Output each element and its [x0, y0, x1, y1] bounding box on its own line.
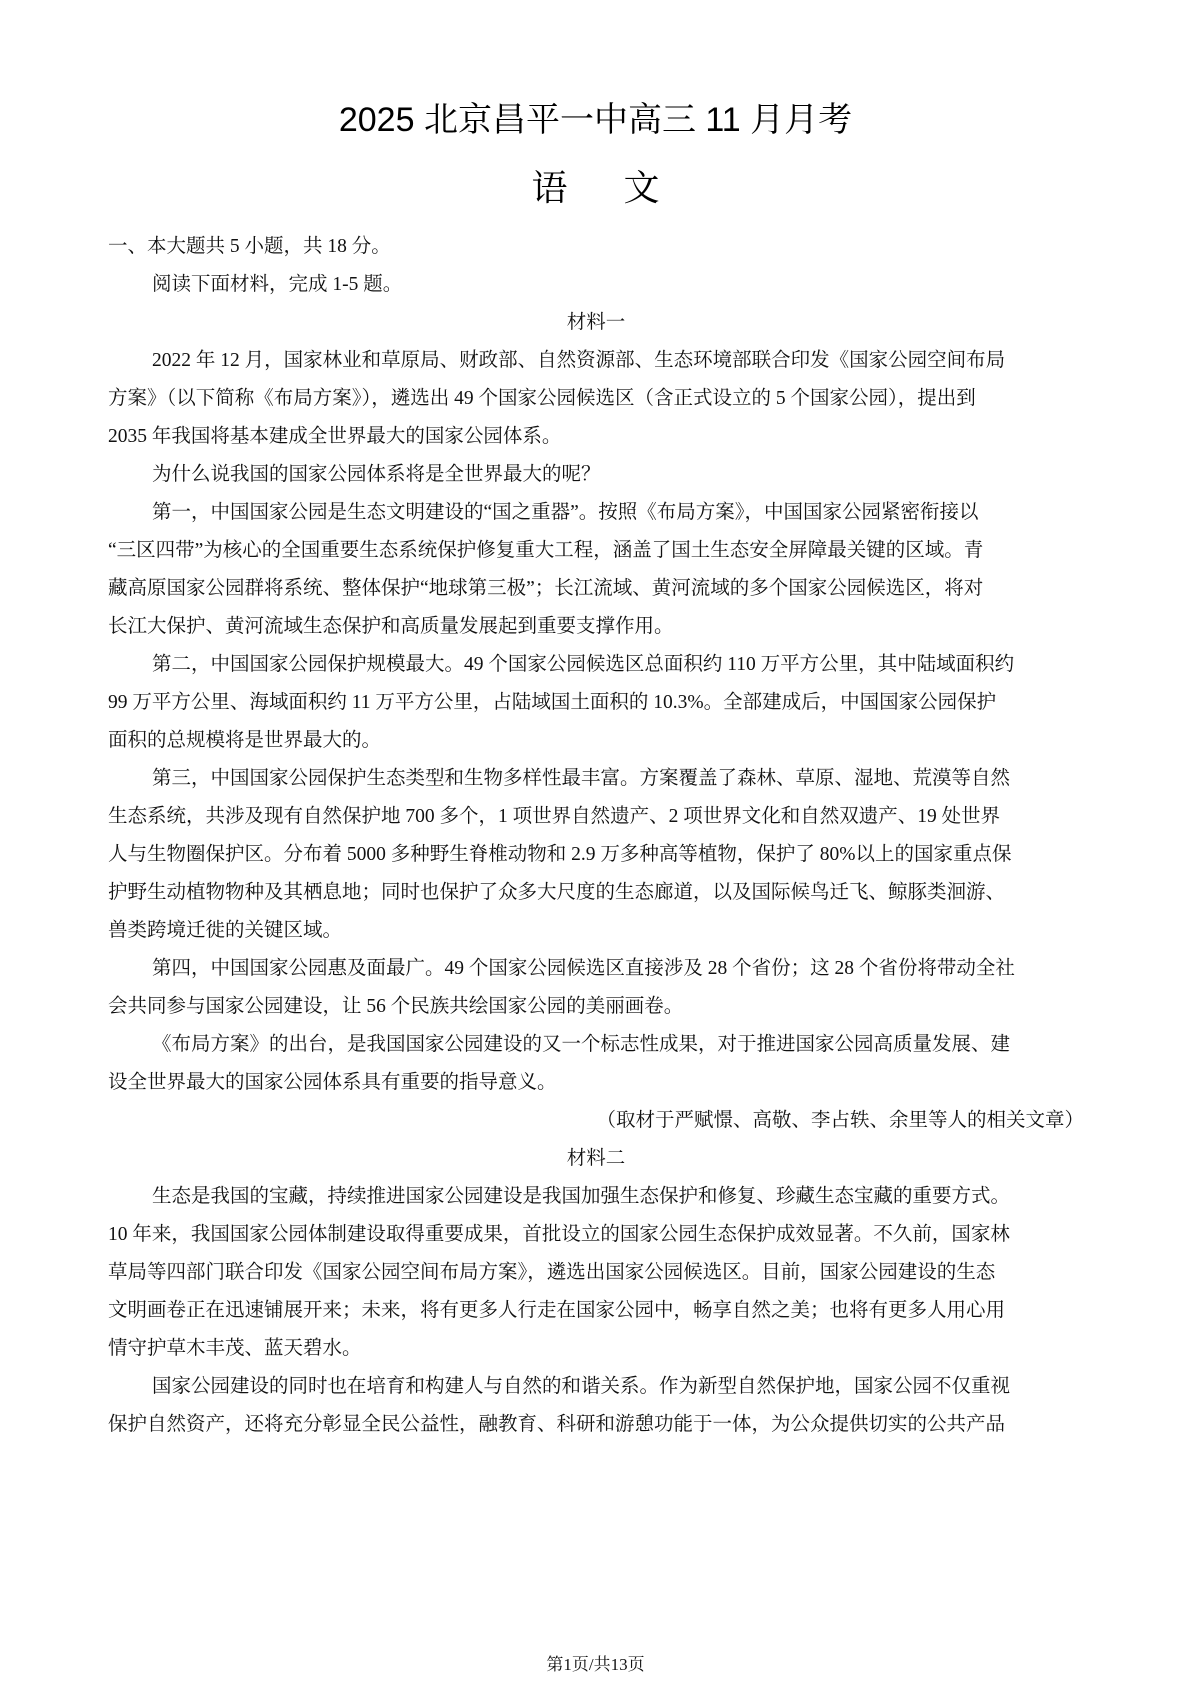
- material1-text: 2022 年 12 月，国家林业和草原局、财政部、自然资源部、生态环境部联合印发…: [108, 342, 1084, 1102]
- subject-char-2: 文: [624, 160, 660, 211]
- text-line: “三区四带”为核心的全国重要生态系统保护修复重大工程，涵盖了国土生态安全屏障最关…: [108, 532, 1084, 570]
- material2-label: 材料二: [108, 1140, 1084, 1178]
- text-line: 第三，中国国家公园保护生态类型和生物多样性最丰富。方案覆盖了森林、草原、湿地、荒…: [108, 760, 1084, 798]
- text-line: 设全世界最大的国家公园体系具有重要的指导意义。: [108, 1064, 1084, 1102]
- subject-char-1: 语: [531, 160, 567, 211]
- text-line: 兽类跨境迁徙的关键区域。: [108, 912, 1084, 950]
- text-line: 第四，中国国家公园惠及面最广。49 个国家公园候选区直接涉及 28 个省份；这 …: [108, 950, 1084, 988]
- section-instruction: 阅读下面材料，完成 1-5 题。: [108, 266, 1084, 304]
- text-line: 第一，中国国家公园是生态文明建设的“国之重器”。按照《布局方案》，中国国家公园紧…: [108, 494, 1084, 532]
- section-heading: 一、本大题共 5 小题，共 18 分。: [108, 228, 1084, 266]
- text-line: 护野生动植物物种及其栖息地；同时也保护了众多大尺度的生态廊道，以及国际候鸟迁飞、…: [108, 874, 1084, 912]
- text-line: 生态系统，共涉及现有自然保护地 700 多个，1 项世界自然遗产、2 项世界文化…: [108, 798, 1084, 836]
- material2-text: 生态是我国的宝藏，持续推进国家公园建设是我国加强生态保护和修复、珍藏生态宝藏的重…: [108, 1178, 1084, 1444]
- text-line: 10 年来，我国国家公园体制建设取得重要成果，首批设立的国家公园生态保护成效显著…: [108, 1216, 1084, 1254]
- text-line: 保护自然资产，还将充分彰显全民公益性，融教育、科研和游憩功能于一体，为公众提供切…: [108, 1406, 1084, 1444]
- page-indicator: 第1页/共13页: [0, 1650, 1191, 1675]
- text-line: 人与生物圈保护区。分布着 5000 多种野生脊椎动物和 2.9 万多种高等植物，…: [108, 836, 1084, 874]
- exam-page: 2025 北京昌平一中高三 11 月月考 语文 一、本大题共 5 小题，共 18…: [0, 0, 1191, 1684]
- text-line: 国家公园建设的同时也在培育和构建人与自然的和谐关系。作为新型自然保护地，国家公园…: [108, 1368, 1084, 1406]
- text-line: 生态是我国的宝藏，持续推进国家公园建设是我国加强生态保护和修复、珍藏生态宝藏的重…: [108, 1178, 1084, 1216]
- text-line: 为什么说我国的国家公园体系将是全世界最大的呢？: [108, 456, 1084, 494]
- text-line: 藏高原国家公园群将系统、整体保护“地球第三极”；长江流域、黄河流域的多个国家公园…: [108, 570, 1084, 608]
- exam-body: 一、本大题共 5 小题，共 18 分。 阅读下面材料，完成 1-5 题。 材料一…: [108, 228, 1084, 1444]
- material1-source: （取材于严赋憬、高敬、李占轶、余里等人的相关文章）: [108, 1102, 1084, 1140]
- subject-title: 语文: [0, 160, 1191, 211]
- text-line: 《布局方案》的出台，是我国国家公园建设的又一个标志性成果，对于推进国家公园高质量…: [108, 1026, 1084, 1064]
- text-line: 99 万平方公里、海域面积约 11 万平方公里，占陆域国土面积的 10.3%。全…: [108, 684, 1084, 722]
- text-line: 文明画卷正在迅速铺展开来；未来，将有更多人行走在国家公园中，畅享自然之美；也将有…: [108, 1292, 1084, 1330]
- text-line: 方案》（以下简称《布局方案》），遴选出 49 个国家公园候选区（含正式设立的 5…: [108, 380, 1084, 418]
- text-line: 长江大保护、黄河流域生态保护和高质量发展起到重要支撑作用。: [108, 608, 1084, 646]
- material1-label: 材料一: [108, 304, 1084, 342]
- text-line: 情守护草木丰茂、蓝天碧水。: [108, 1330, 1084, 1368]
- text-line: 面积的总规模将是世界最大的。: [108, 722, 1084, 760]
- text-line: 会共同参与国家公园建设，让 56 个民族共绘国家公园的美丽画卷。: [108, 988, 1084, 1026]
- text-line: 第二，中国国家公园保护规模最大。49 个国家公园候选区总面积约 110 万平方公…: [108, 646, 1084, 684]
- text-line: 2035 年我国将基本建成全世界最大的国家公园体系。: [108, 418, 1084, 456]
- text-line: 2022 年 12 月，国家林业和草原局、财政部、自然资源部、生态环境部联合印发…: [108, 342, 1084, 380]
- text-line: 草局等四部门联合印发《国家公园空间布局方案》，遴选出国家公园候选区。目前，国家公…: [108, 1254, 1084, 1292]
- exam-title: 2025 北京昌平一中高三 11 月月考: [0, 92, 1191, 141]
